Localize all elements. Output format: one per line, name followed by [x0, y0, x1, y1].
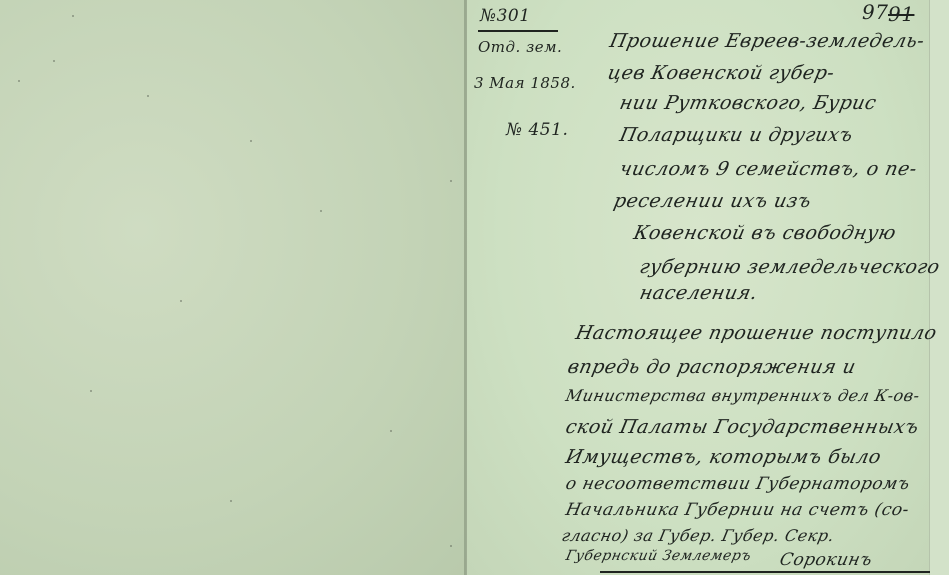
left-page-blank — [0, 0, 466, 575]
body-line: числомъ 9 семействъ, о пе- — [618, 158, 919, 180]
body-line: о несоответствии Губернаторомъ — [564, 474, 912, 494]
body-line: нии Рутковского, Бурис — [618, 92, 879, 114]
body-line: впредь до распоряжения и — [566, 356, 858, 378]
signature-flourish — [600, 571, 930, 573]
body-line: Имуществъ, которымъ было — [564, 446, 884, 468]
paper-speck — [72, 15, 74, 17]
paper-speck — [250, 140, 252, 142]
entry-number: №301 — [480, 6, 531, 26]
margin-date: 3 Мая 1858. — [474, 74, 576, 92]
paper-speck — [450, 180, 452, 182]
paper-speck — [180, 300, 182, 302]
body-line: Поларщики и другихъ — [618, 124, 855, 146]
paper-speck — [390, 430, 392, 432]
body-line: Настоящее прошение поступило — [574, 322, 939, 344]
body-line: Министерства внутреннихъ дел К-ов- — [564, 386, 922, 405]
body-line: Прошение Евреев-земледель- — [608, 30, 927, 52]
paper-speck — [450, 545, 452, 547]
body-line: Ковенской въ свободную — [632, 222, 899, 244]
paper-speck — [18, 80, 20, 82]
paper-speck — [53, 60, 55, 62]
case-number: № 451. — [506, 120, 568, 140]
body-line: гласно) за Губер. Губер. Секр. — [560, 526, 836, 545]
entry-underline — [478, 30, 558, 32]
body-line: Губернский Землемеръ — [564, 548, 752, 564]
body-line: реселении ихъ изъ — [612, 190, 814, 212]
body-line: населения. — [638, 282, 760, 304]
department-note: Отд. зем. — [478, 38, 562, 56]
body-line: Начальника Губернии на счетъ (со- — [564, 500, 911, 520]
body-line: цев Ковенской губер- — [606, 62, 837, 84]
paper-speck — [90, 390, 92, 392]
page-edge — [929, 0, 949, 575]
paper-speck — [230, 500, 232, 502]
paper-speck — [147, 95, 149, 97]
signature: Сорокинъ — [778, 550, 874, 570]
folio-struck: 91 — [888, 2, 914, 26]
paper-speck — [320, 210, 322, 212]
body-line: губернию земледельческого — [638, 256, 942, 278]
folio-number: 97 — [862, 0, 888, 24]
body-line: ской Палаты Государственныхъ — [564, 416, 921, 438]
